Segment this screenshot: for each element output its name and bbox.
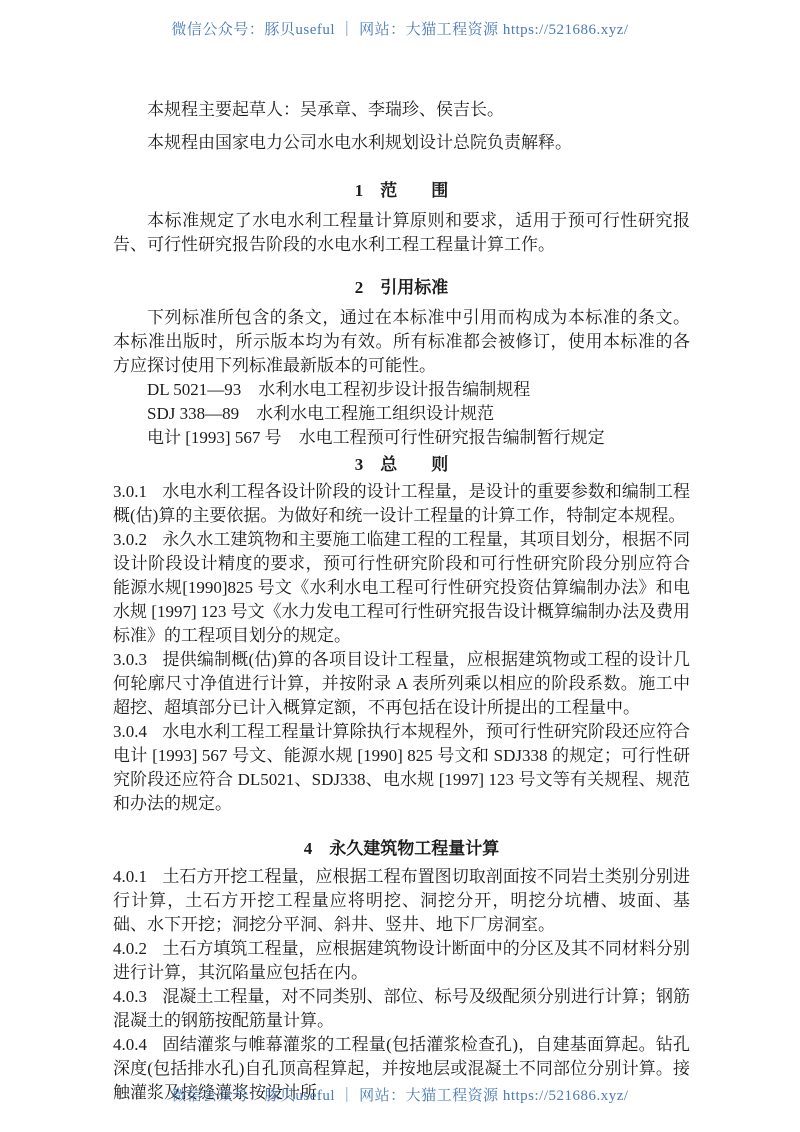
clause-text: 土石方填筑工程量，应根据建筑物设计断面中的分区及其不同材料分别进行计算，其沉陷量…: [113, 939, 690, 982]
reference-item: 电计 [1993] 567 号 水电工程预可行性研究报告编制暂行规定: [113, 426, 690, 450]
section-heading-scope: 1 范 围: [113, 179, 690, 203]
section-heading-general-rules: 3 总 则: [113, 453, 690, 477]
section-heading-references: 2 引用标准: [113, 276, 690, 300]
clause-text: 土石方开挖工程量，应根据工程布置图切取剖面按不同岩土类别分别进行计算，土石方开挖…: [113, 867, 690, 934]
clause-number: 3.0.1: [113, 480, 147, 504]
clause-number: 4.0.2: [113, 937, 147, 961]
clause-number: 4.0.4: [113, 1033, 147, 1057]
clause: 4.0.2土石方填筑工程量，应根据建筑物设计断面中的分区及其不同材料分别进行计算…: [113, 937, 690, 985]
document-page: 微信公众号：豚贝useful ｜ 网站：大猫工程资源 https://52168…: [0, 0, 800, 1132]
clause: 4.0.1土石方开挖工程量，应根据工程布置图切取剖面按不同岩土类别分别进行计算，…: [113, 865, 690, 937]
intro-paragraph: 本规程主要起草人：吴承章、李瑞珍、侯吉长。: [113, 98, 690, 122]
watermark-footer: 微信公众号：豚贝useful ｜ 网站：大猫工程资源 https://52168…: [0, 1086, 800, 1106]
clause: 3.0.3提供编制概(估)算的各项目设计工程量，应根据建筑物或工程的设计几何轮廓…: [113, 648, 690, 720]
section-references: 2 引用标准 下列标准所包含的条文，通过在本标准中引用而构成为本标准的条文。本标…: [113, 276, 690, 450]
clause-text: 永久水工建筑物和主要施工临建工程的工程量，其项目划分，根据不同设计阶段设计精度的…: [113, 530, 690, 645]
intro-paragraph: 本规程由国家电力公司水电水利规划设计总院负责解释。: [113, 131, 690, 155]
section-paragraph: 下列标准所包含的条文，通过在本标准中引用而构成为本标准的条文。本标准出版时，所示…: [113, 306, 690, 378]
clause-number: 3.0.4: [113, 720, 147, 744]
clause: 4.0.3混凝土工程量，对不同类别、部位、标号及级配须分别进行计算；钢筋混凝土的…: [113, 985, 690, 1033]
clause-number: 4.0.1: [113, 865, 147, 889]
clause-number: 3.0.3: [113, 648, 147, 672]
clause: 3.0.1水电水利工程各设计阶段的设计工程量，是设计的重要参数和编制工程概(估)…: [113, 480, 690, 528]
reference-item: DL 5021—93 水利水电工程初步设计报告编制规程: [113, 378, 690, 402]
clause-text: 混凝土工程量，对不同类别、部位、标号及级配须分别进行计算；钢筋混凝土的钢筋按配筋…: [113, 987, 690, 1030]
clause-number: 3.0.2: [113, 528, 147, 552]
section-heading-permanent-structures: 4 永久建筑物工程量计算: [113, 837, 690, 861]
reference-item: SDJ 338—89 水利水电工程施工组织设计规范: [113, 402, 690, 426]
section-general-rules: 3 总 则 3.0.1水电水利工程各设计阶段的设计工程量，是设计的重要参数和编制…: [113, 453, 690, 816]
clause: 3.0.4水电水利工程工程量计算除执行本规程外，预可行性研究阶段还应符合电计 […: [113, 720, 690, 816]
watermark-header: 微信公众号：豚贝useful ｜ 网站：大猫工程资源 https://52168…: [0, 20, 800, 40]
clause: 3.0.2永久水工建筑物和主要施工临建工程的工程量，其项目划分，根据不同设计阶段…: [113, 528, 690, 648]
section-paragraph: 本标准规定了水电水利工程量计算原则和要求，适用于预可行性研究报告、可行性研究报告…: [113, 209, 690, 257]
clause-text: 提供编制概(估)算的各项目设计工程量，应根据建筑物或工程的设计几何轮廓尺寸净值进…: [113, 650, 690, 717]
clause-text: 水电水利工程各设计阶段的设计工程量，是设计的重要参数和编制工程概(估)算的主要依…: [113, 482, 690, 525]
clause-text: 水电水利工程工程量计算除执行本规程外，预可行性研究阶段还应符合电计 [1993]…: [113, 722, 690, 813]
section-permanent-structures: 4 永久建筑物工程量计算 4.0.1土石方开挖工程量，应根据工程布置图切取剖面按…: [113, 837, 690, 1105]
clause-number: 4.0.3: [113, 985, 147, 1009]
document-body: 本规程主要起草人：吴承章、李瑞珍、侯吉长。 本规程由国家电力公司水电水利规划设计…: [113, 98, 690, 1105]
section-scope: 1 范 围 本标准规定了水电水利工程量计算原则和要求，适用于预可行性研究报告、可…: [113, 179, 690, 257]
